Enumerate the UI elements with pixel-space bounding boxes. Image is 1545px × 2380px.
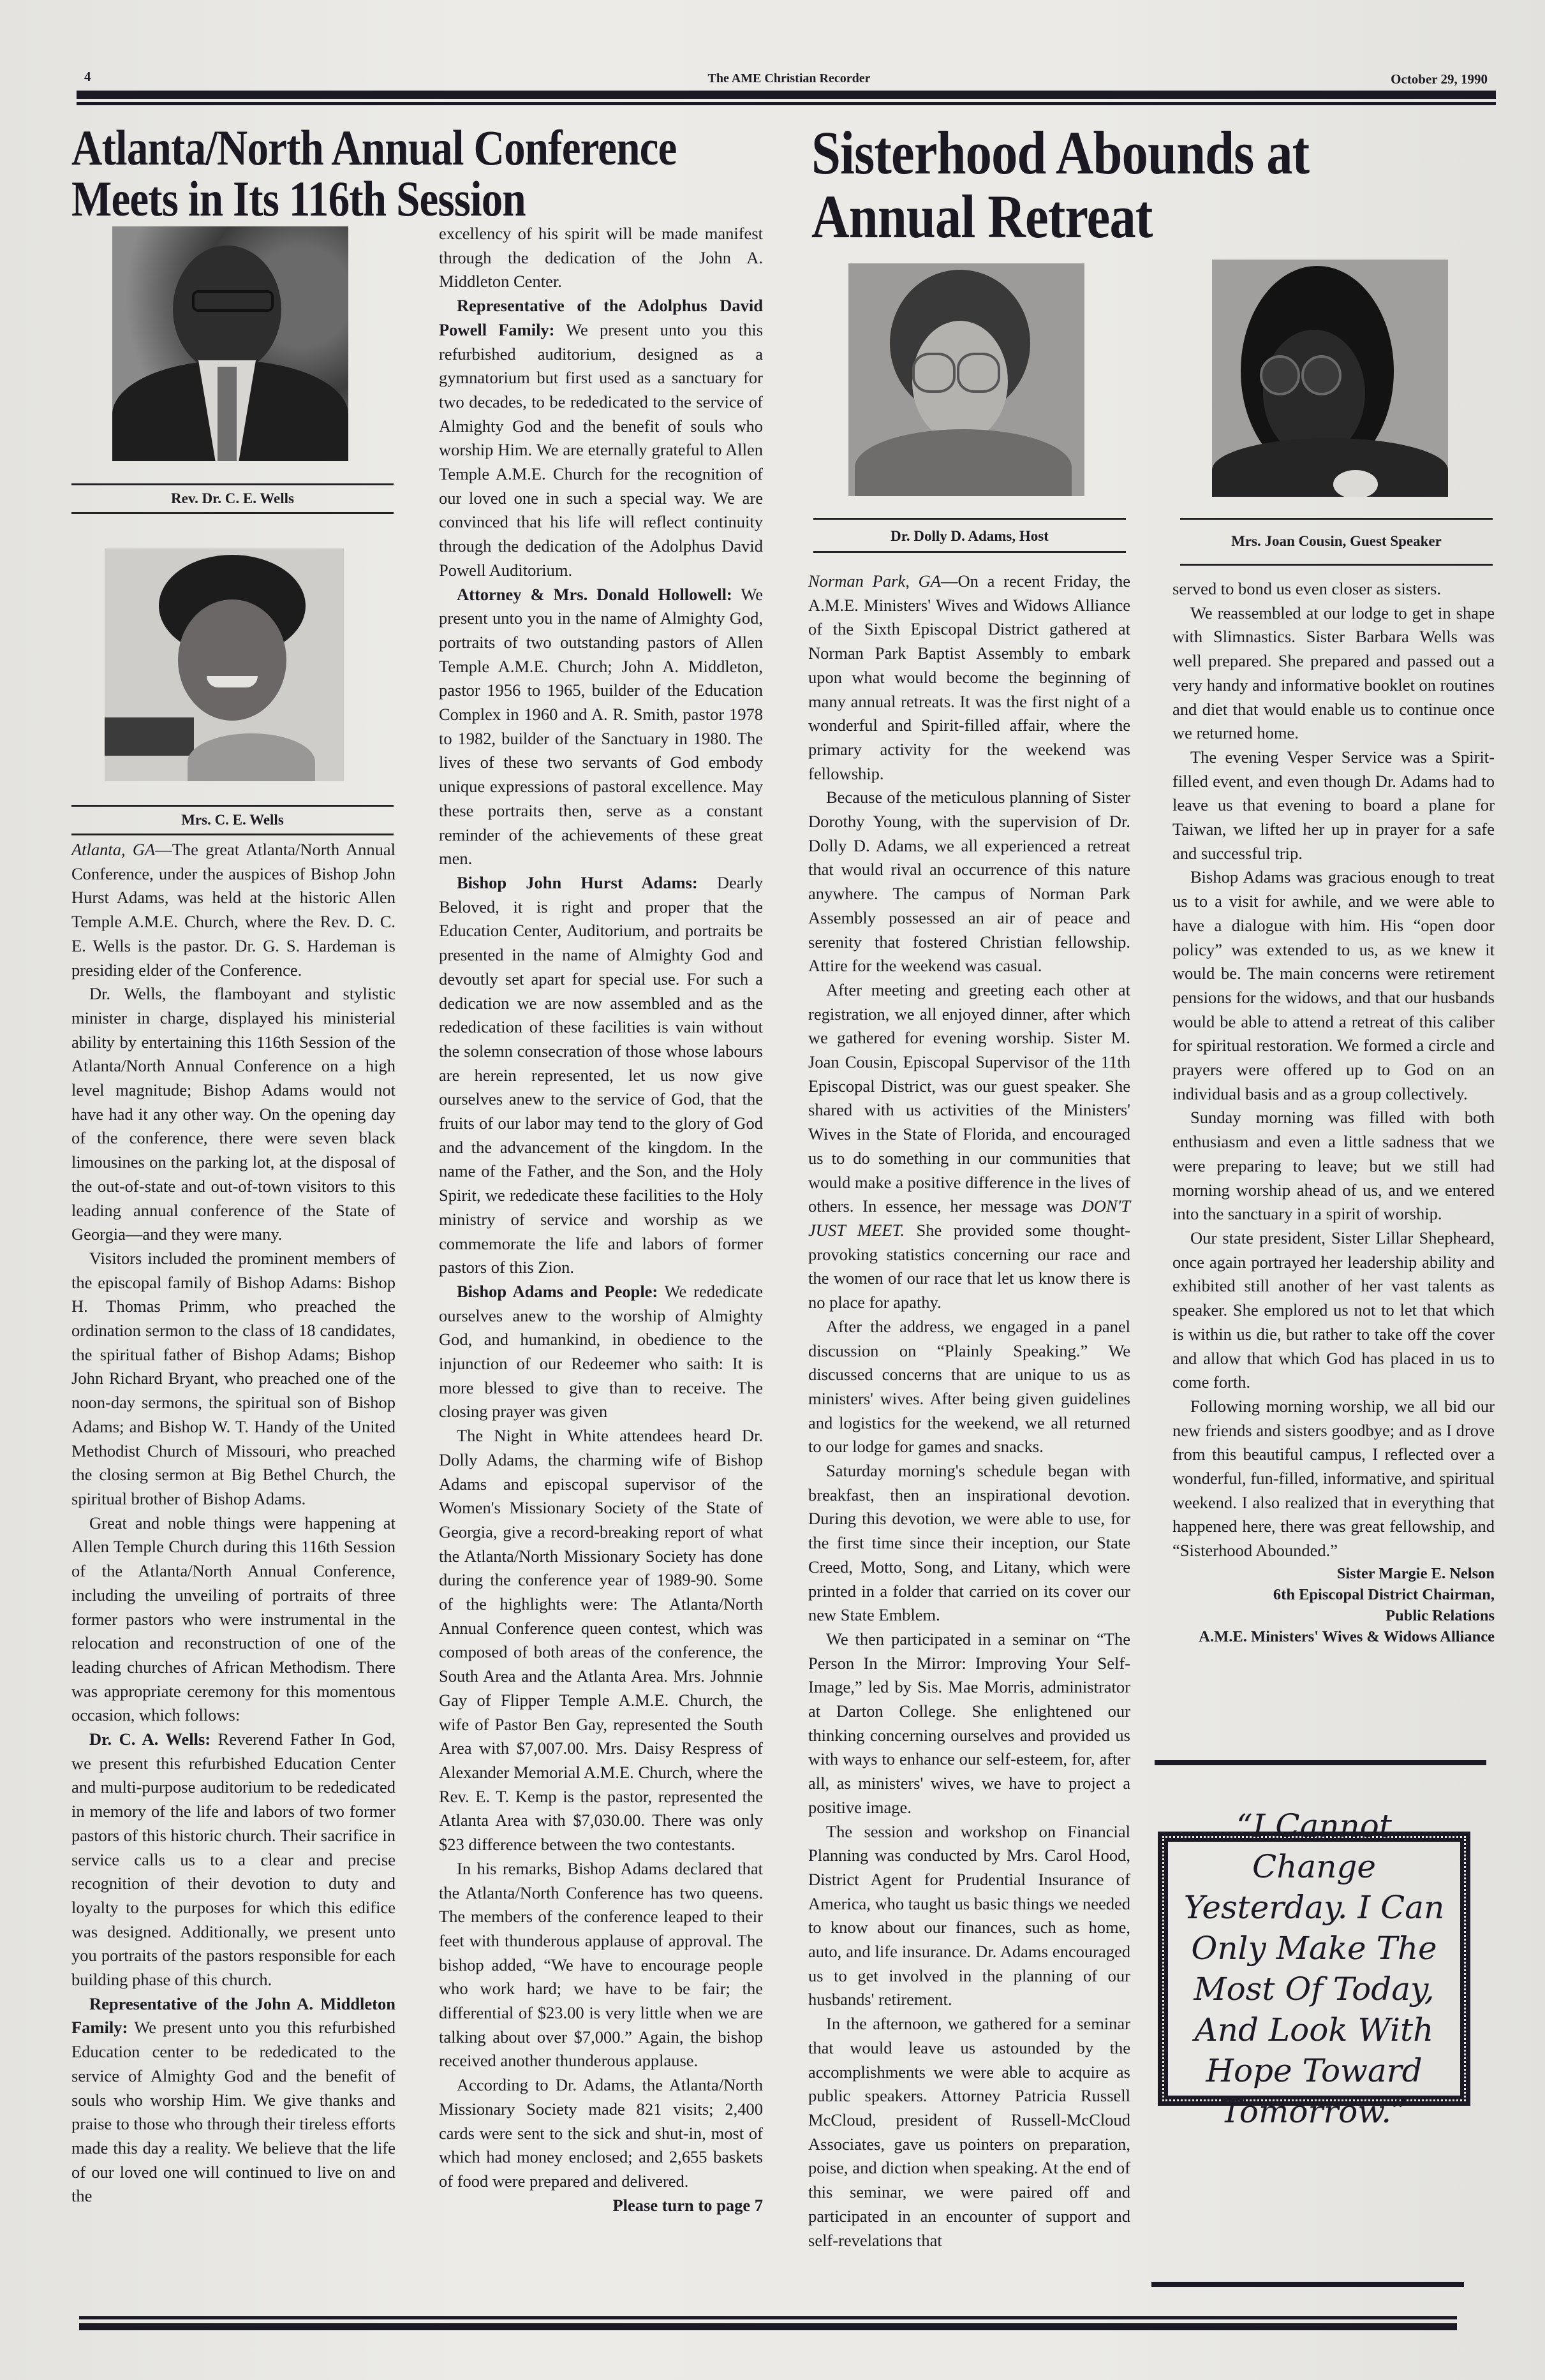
paragraph: After meeting and greeting each other at… bbox=[808, 978, 1130, 1315]
caption-rule bbox=[1180, 518, 1493, 520]
paragraph: The evening Vesper Service was a Spirit-… bbox=[1172, 746, 1495, 866]
paragraph: Saturday morning's schedule began with b… bbox=[808, 1459, 1130, 1627]
paragraph-text: Reverend Father In God, we present this … bbox=[71, 1730, 395, 1989]
paragraph: Representative of the John A. Middleton … bbox=[71, 1992, 395, 2208]
portrait-photo-woman-sunglasses-icon bbox=[1212, 260, 1448, 497]
paragraph: served to bond us even closer as sisters… bbox=[1172, 577, 1495, 601]
footer-double-rule bbox=[79, 2316, 1457, 2330]
author-organization: A.M.E. Ministers' Wives & Widows Allianc… bbox=[1172, 1626, 1495, 1647]
article-column-3: Norman Park, GA—On a recent Friday, the … bbox=[808, 569, 1130, 2252]
headline-sisterhood-retreat: Sisterhood Abounds at Annual Retreat bbox=[811, 121, 1470, 249]
header-double-rule bbox=[77, 91, 1496, 105]
author-title: Public Relations bbox=[1172, 1605, 1495, 1626]
paragraph: Bishop John Hurst Adams: Dearly Beloved,… bbox=[439, 871, 763, 1280]
paragraph: Bishop Adams was gracious enough to trea… bbox=[1172, 865, 1495, 1106]
headline-atlanta-conference: Atlanta/North Annual Conference Meets in… bbox=[71, 122, 839, 224]
paragraph-text: According to Dr. Adams, the Atlanta/Nort… bbox=[439, 2075, 763, 2191]
inspirational-quote: “I Cannot Change Yesterday. I Can Only M… bbox=[1178, 1852, 1450, 2085]
speaker-label: Attorney & Mrs. Donald Hollowell: bbox=[457, 585, 732, 604]
paragraph: Norman Park, GA—On a recent Friday, the … bbox=[808, 569, 1130, 786]
section-divider bbox=[1151, 2282, 1464, 2287]
paragraph-text: After meeting and greeting each other at… bbox=[808, 980, 1130, 1216]
paragraph: Great and noble things were happening at… bbox=[71, 1511, 395, 1728]
paragraph-text: We present unto you this refurbished aud… bbox=[439, 320, 763, 580]
paragraph: We then participated in a seminar on “Th… bbox=[808, 1627, 1130, 1820]
paragraph: The session and workshop on Financial Pl… bbox=[808, 1820, 1130, 2013]
paragraph: Atlanta, GA—The great Atlanta/North Annu… bbox=[71, 838, 395, 982]
paragraph-text: —The great Atlanta/North Annual Conferen… bbox=[71, 840, 395, 980]
author-byline: Sister Margie E. Nelson 6th Episcopal Di… bbox=[1172, 1563, 1495, 1647]
photo-caption: Mrs. C. E. Wells bbox=[71, 805, 394, 835]
paragraph-text: We present unto you this refurbished Edu… bbox=[71, 2018, 395, 2205]
continued-jump-link[interactable]: Please turn to page 7 bbox=[595, 2194, 763, 2218]
article-column-4: served to bond us even closer as sisters… bbox=[1172, 577, 1495, 1647]
paragraph: The Night in White attendees heard Dr. D… bbox=[439, 1424, 763, 1857]
section-divider bbox=[1155, 1760, 1486, 1765]
portrait-photo-woman-glasses-icon bbox=[848, 263, 1084, 496]
running-header: 4 The AME Christian Recorder October 29,… bbox=[78, 69, 1500, 88]
issue-date: October 29, 1990 bbox=[1391, 71, 1488, 87]
headline-line: Atlanta/North Annual Conference bbox=[71, 122, 839, 173]
ornamental-chain-border-icon: “I Cannot Change Yesterday. I Can Only M… bbox=[1158, 1832, 1470, 2106]
speaker-label: Dr. C. A. Wells: bbox=[89, 1730, 211, 1749]
portrait-photo-man-icon bbox=[112, 226, 348, 461]
paragraph-text: —On a recent Friday, the A.M.E. Minister… bbox=[808, 571, 1130, 783]
paragraph: Dr. Wells, the flamboyant and stylistic … bbox=[71, 982, 395, 1247]
author-title: 6th Episcopal District Chairman, bbox=[1172, 1584, 1495, 1605]
speaker-label: Bishop Adams and People: bbox=[457, 1282, 658, 1301]
paragraph: Bishop Adams and People: We rededicate o… bbox=[439, 1280, 763, 1424]
headline-line: Sisterhood Abounds at bbox=[811, 121, 1470, 185]
paragraph: After the address, we engaged in a panel… bbox=[808, 1315, 1130, 1459]
dateline: Atlanta, GA bbox=[71, 840, 155, 859]
caption-rule bbox=[813, 518, 1126, 520]
headline-line: Annual Retreat bbox=[811, 185, 1470, 249]
photo-caption: Rev. Dr. C. E. Wells bbox=[71, 483, 394, 514]
speaker-label: Bishop John Hurst Adams: bbox=[457, 873, 698, 892]
author-name: Sister Margie E. Nelson bbox=[1172, 1563, 1495, 1584]
paragraph-text: Dearly Beloved, it is right and proper t… bbox=[439, 873, 763, 1277]
caption-rule bbox=[1180, 564, 1493, 566]
paragraph: Representative of the Adolphus David Pow… bbox=[439, 294, 763, 582]
paragraph: Our state president, Sister Lillar Sheph… bbox=[1172, 1226, 1495, 1395]
article-column-1: Atlanta, GA—The great Atlanta/North Annu… bbox=[71, 838, 395, 2208]
portrait-photo-woman-icon bbox=[105, 548, 344, 781]
photo-caption: Dr. Dolly D. Adams, Host bbox=[813, 522, 1126, 553]
photo-caption: Mrs. Joan Cousin, Guest Speaker bbox=[1180, 527, 1493, 556]
paragraph: Dr. C. A. Wells: Reverend Father In God,… bbox=[71, 1728, 395, 1992]
paragraph: Attorney & Mrs. Donald Hollowell: We pre… bbox=[439, 583, 763, 871]
paragraph: We reassembled at our lodge to get in sh… bbox=[1172, 601, 1495, 746]
article-column-2: excellency of his spirit will be made ma… bbox=[439, 222, 763, 2217]
paragraph: excellency of his spirit will be made ma… bbox=[439, 222, 763, 294]
paragraph: Visitors included the prominent members … bbox=[71, 1247, 395, 1511]
paragraph: In his remarks, Bishop Adams declared th… bbox=[439, 1857, 763, 2073]
paragraph: According to Dr. Adams, the Atlanta/Nort… bbox=[439, 2073, 763, 2194]
headline-line: Meets in Its 116th Session bbox=[71, 173, 839, 224]
newspaper-page: 4 The AME Christian Recorder October 29,… bbox=[0, 0, 1545, 2380]
paragraph-text: We present unto you in the name of Almig… bbox=[439, 585, 763, 869]
dateline: Norman Park, GA bbox=[808, 571, 941, 591]
paragraph: In the afternoon, we gathered for a semi… bbox=[808, 2012, 1130, 2252]
paragraph: Sunday morning was filled with both enth… bbox=[1172, 1106, 1495, 1226]
paragraph: Following morning worship, we all bid ou… bbox=[1172, 1395, 1495, 1563]
paragraph-text: We rededicate ourselves anew to the wors… bbox=[439, 1282, 763, 1421]
paragraph: Because of the meticulous planning of Si… bbox=[808, 786, 1130, 978]
publication-name: The AME Christian Recorder bbox=[78, 71, 1500, 86]
